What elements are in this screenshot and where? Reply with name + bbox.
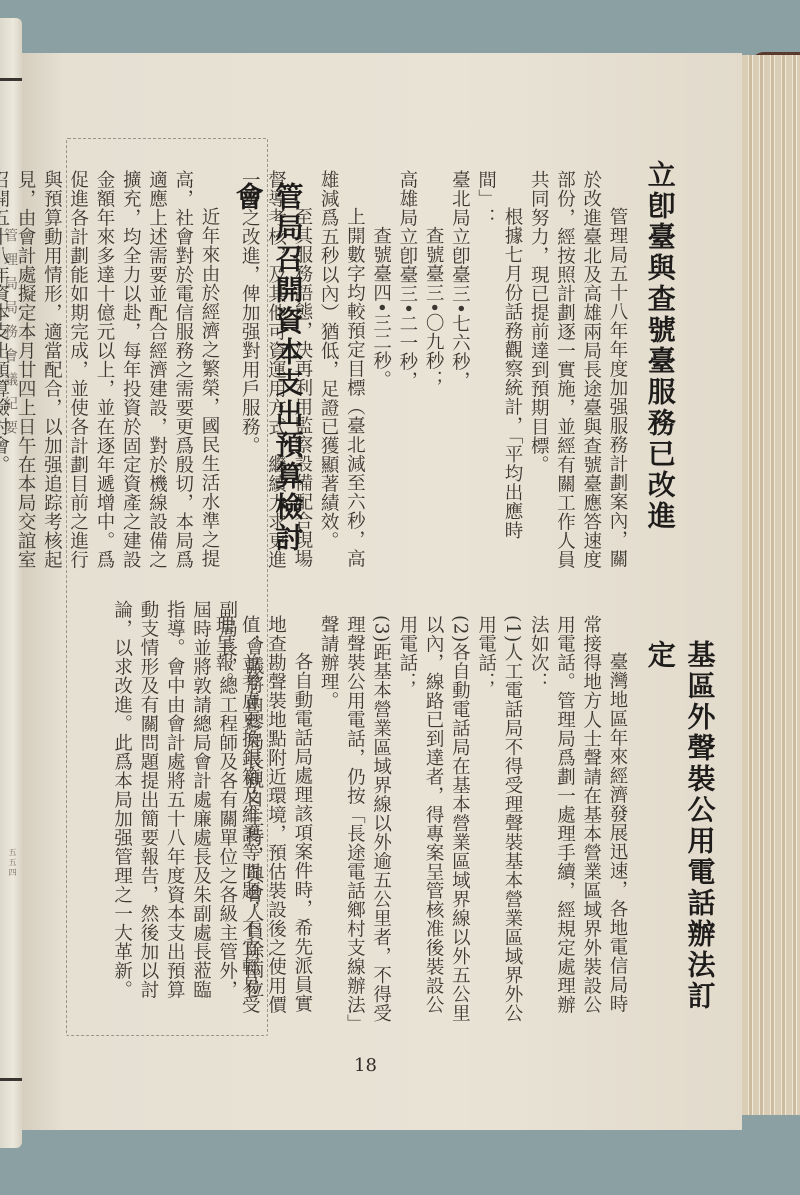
article-3-rule: (3)距基本營業區域界線以外逾五公里者，不得受理聲裝公用電話，仍按「長途電話鄉村…	[315, 615, 394, 1025]
article-1-stat: 臺北局立卽臺三•七六秒，	[446, 170, 472, 580]
article-1-stat: 高雄局立卽臺三•二一秒，	[394, 170, 420, 580]
article-1-title: 立卽臺與查號臺服務已改進	[640, 160, 680, 600]
article-1-paragraph: 根據七月份話務觀察統計，「平均出應時間」：	[472, 170, 525, 580]
article-3-body: 臺灣地區年來經濟發展迅速，各地電信局時常接得地方人士聲請在基本營業區域界外裝設公…	[290, 615, 630, 1025]
page-edges	[742, 55, 800, 1115]
article-1-stat: 查號臺四•三二秒。	[367, 170, 393, 580]
article-3-rule: (1)人工電話局不得受理聲裝基本營業區域界外公用電話；	[472, 615, 525, 1025]
article-2-body-top: 近年來由於經濟之繁榮，國民生活水準之提高，社會對於電信服務之需要更爲殷切，本局爲…	[72, 170, 222, 580]
page-number: 18	[354, 1055, 377, 1076]
spine-rule-bottom	[0, 1078, 22, 1081]
article-1-stat: 查號臺三•〇九秒；	[420, 170, 446, 580]
article-1-paragraph: 管理局五十八年年度加强服務計劃案內，關於改進臺北及高雄兩局長途臺與查號臺應答速度…	[525, 170, 630, 580]
article-3-title: 基區外聲裝公用電話辦法訂定	[640, 640, 720, 1040]
article-1-paragraph: 上開數字均較預定目標（臺北減至六秒，高雄減爲五秒以內）猶低，足證已獲顯著績效。	[315, 170, 368, 580]
article-3-paragraph: 臺灣地區年來經濟發展迅速，各地電信局時常接得地方人士聲請在基本營業區域界外裝設公…	[525, 615, 630, 1025]
article-2-title: 管局召開資本支出預算檢討會	[228, 182, 308, 582]
article-2-paragraph: 近年來由於經濟之繁榮，國民生活水準之提高，社會對於電信服務之需要更爲殷切，本局爲…	[0, 170, 222, 580]
article-3-rule: (2)各自動電話局在基本營業區域界線以外五公里以內，線路已到達者，得專案呈管核准…	[394, 615, 473, 1025]
article-1-body: 管理局五十八年年度加强服務計劃案內，關於改進臺北及高雄兩局長途臺與查號臺應答速度…	[290, 170, 630, 580]
spine-rule-top	[0, 78, 22, 81]
spine-code: 五五四	[4, 848, 18, 878]
article-3-paragraph: 各自動電話局處理該項案件時，希先派員實地查勘聲裝地點附近環境，預估裝設後之使用價…	[210, 615, 315, 1025]
